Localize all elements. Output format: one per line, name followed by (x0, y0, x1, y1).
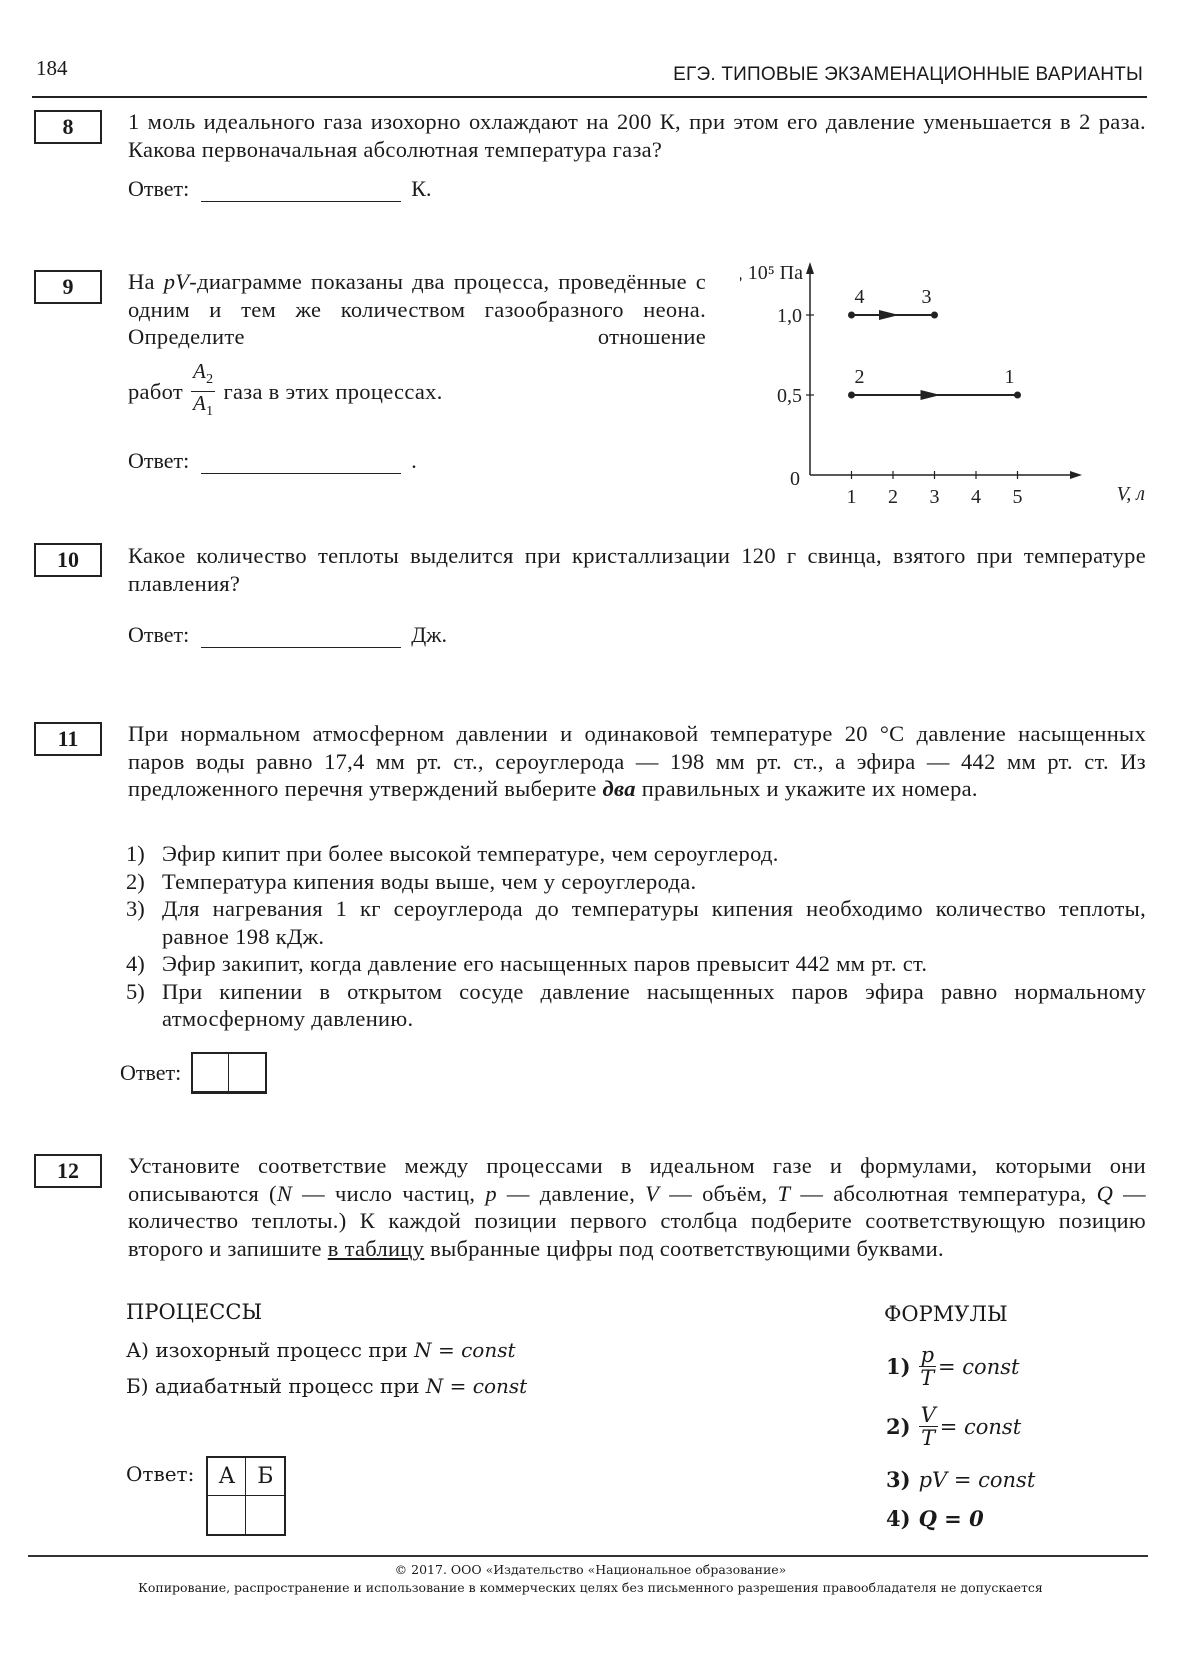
answer-label: Ответ: (128, 176, 189, 202)
symbol-T: T (778, 1181, 791, 1206)
task-10-answer-field[interactable] (201, 627, 401, 648)
option-number: 3) (126, 895, 162, 950)
y-axis-label: p, 10⁵ Па (740, 262, 803, 284)
text-fragment: — давление, (497, 1181, 645, 1206)
text-fragment: -диаграмме показаны два процесса, провед… (128, 269, 706, 349)
text-fragment: работ (128, 378, 183, 406)
option-number: 4) (126, 950, 162, 978)
task-9-answer-field[interactable] (201, 453, 401, 474)
text-fragment: — число частиц, (292, 1181, 485, 1206)
work-ratio-fraction: A2 A1 (191, 360, 215, 423)
frac-den: T (921, 1427, 935, 1449)
task-8-answer-field[interactable] (201, 181, 401, 202)
answer-label: Ответ: (128, 448, 189, 474)
x-axis-label: V, л (1117, 483, 1146, 505)
formulas-header: ФОРМУЛЫ (884, 1302, 1008, 1326)
answer-label: Ответ: (126, 1462, 194, 1486)
task-number-9: 9 (34, 270, 102, 304)
page-number: 184 (36, 56, 68, 81)
option-text: Для нагревания 1 кг сероуглерода до темп… (162, 895, 1146, 950)
state-label: 3 (922, 286, 932, 308)
x-tick-label: 3 (930, 486, 940, 508)
state-label: 2 (855, 366, 865, 388)
processes-header: ПРОЦЕССЫ (126, 1300, 262, 1324)
text-fragment: выбранные цифры под соответствующими бук… (424, 1236, 944, 1261)
footer-divider (28, 1555, 1148, 1557)
running-title: ЕГЭ. ТИПОВЫЕ ЭКЗАМЕНАЦИОННЫЕ ВАРИАНТЫ (673, 64, 1143, 86)
frac-num: p (919, 1344, 936, 1367)
option-text: Температура кипения воды выше, чем у сер… (162, 868, 1146, 896)
process-text: изохорный процесс при (155, 1338, 414, 1362)
task-number-label: 9 (63, 274, 74, 300)
task-number-label: 10 (57, 547, 79, 573)
formula-number: 4) (886, 1506, 911, 1531)
task-number-12: 12 (34, 1154, 102, 1188)
answer-cell-a[interactable] (208, 1496, 246, 1534)
pv-diagram: p, 10⁵ ПаV, л0123450,51,01234 (740, 260, 1181, 510)
formula-number: 1) (886, 1354, 911, 1379)
x-tick-label: 4 (971, 486, 981, 508)
direction-arrow-icon (921, 390, 941, 400)
formula-rhs: = const (940, 1415, 1021, 1439)
state-label: 4 (855, 286, 865, 308)
answer-cell-b[interactable] (246, 1496, 284, 1534)
option-number: 1) (126, 840, 162, 868)
state-point (848, 392, 855, 399)
task-number-11: 11 (34, 722, 102, 756)
state-point (1014, 392, 1021, 399)
x-axis-arrow-icon (1070, 471, 1082, 479)
footer-notice: Копирование, распространение и использов… (0, 1580, 1181, 1595)
symbol-N: N (277, 1181, 292, 1206)
frac-den-sub: 1 (206, 404, 213, 419)
symbol-p: p (485, 1181, 497, 1206)
process-a: А) изохорный процесс при N = const (126, 1338, 516, 1362)
answer-cell-1[interactable] (193, 1054, 229, 1092)
task-number-8: 8 (34, 110, 102, 144)
task-11-answer-grid (191, 1052, 267, 1094)
option-number: 2) (126, 868, 162, 896)
option-5: 5)При кипении в открытом сосуде давление… (126, 978, 1146, 1033)
formula-rhs: = const (938, 1355, 1019, 1379)
answer-header-b: Б (246, 1458, 284, 1496)
task-12-answer: Ответ: А Б (126, 1456, 286, 1536)
frac-num: V (919, 1404, 938, 1427)
task-number-label: 12 (57, 1158, 79, 1184)
text-fragment: — объём, (659, 1181, 777, 1206)
direction-arrow-icon (879, 310, 899, 320)
option-text: Эфир закипит, когда давление его насыщен… (162, 950, 1146, 978)
task-11-options: 1)Эфир кипит при более высокой температу… (126, 840, 1146, 1033)
task-11-text: При нормальном атмосферном давлении и од… (128, 720, 1146, 803)
task-number-label: 11 (58, 726, 79, 752)
x-tick-label: 1 (847, 486, 857, 508)
formula-expression: Q = 0 (919, 1506, 984, 1531)
option-1: 1)Эфир кипит при более высокой температу… (126, 840, 1146, 868)
task-9-text: На pV-диаграмме показаны два процесса, п… (128, 268, 706, 351)
y-tick-label: 1,0 (777, 305, 802, 327)
task-12-answer-grid: А Б (206, 1456, 286, 1536)
formula-fraction: VT (919, 1404, 938, 1449)
task-8-answer: Ответ: К. (128, 176, 431, 202)
answer-label: Ответ: (120, 1060, 181, 1086)
footer-copyright: © 2017. ООО «Издательство «Национальное … (0, 1562, 1181, 1577)
process-label: А) (126, 1338, 149, 1362)
task-12-text: Установите соответствие между процессами… (128, 1152, 1146, 1262)
answer-label: Ответ: (128, 622, 189, 648)
formula-4: 4) Q = 0 (886, 1506, 984, 1531)
task-11-answer: Ответ: (120, 1052, 267, 1094)
process-text: адиабатный процесс при (155, 1374, 426, 1398)
y-axis-arrow-icon (806, 262, 814, 274)
task-9-answer: Ответ: . (128, 448, 417, 474)
x-tick-label: 2 (888, 486, 898, 508)
process-condition: N = const (414, 1338, 515, 1362)
formula-number: 2) (886, 1414, 911, 1439)
formula-1: 1) pT = const (886, 1344, 1019, 1389)
table-reference: в таблицу (328, 1236, 425, 1261)
x-tick-label: 5 (1013, 486, 1023, 508)
frac-num-sub: 2 (206, 372, 213, 387)
process-b: Б) адиабатный процесс при N = const (126, 1374, 527, 1398)
formula-fraction: pT (919, 1344, 936, 1389)
symbol-Q: Q (1097, 1181, 1114, 1206)
formula-expression: pV = const (919, 1468, 1036, 1492)
answer-unit: Дж. (411, 622, 447, 648)
state-label: 1 (1005, 366, 1015, 388)
state-point (931, 312, 938, 319)
option-number: 5) (126, 978, 162, 1033)
answer-header-a: А (208, 1458, 246, 1496)
process-label: Б) (126, 1374, 149, 1398)
header-divider (32, 96, 1147, 98)
answer-cell-2[interactable] (229, 1054, 265, 1092)
task-number-label: 8 (63, 114, 74, 140)
formula-number: 3) (886, 1467, 911, 1492)
option-text: Эфир кипит при более высокой температуре… (162, 840, 1146, 868)
formula-2: 2) VT = const (886, 1404, 1021, 1449)
option-3: 3)Для нагревания 1 кг сероуглерода до те… (126, 895, 1146, 950)
symbol-pv: pV (164, 269, 190, 294)
text-fragment: — абсолютная температура, (790, 1181, 1096, 1206)
option-4: 4)Эфир закипит, когда давление его насыщ… (126, 950, 1146, 978)
frac-num: A (193, 359, 206, 383)
symbol-V: V (645, 1181, 659, 1206)
state-point (848, 312, 855, 319)
text-fragment: правильных и укажите их номера. (636, 776, 978, 801)
task-10-answer: Ответ: Дж. (128, 622, 447, 648)
task-10-text: Какое количество теплоты выделится при к… (128, 542, 1146, 597)
emphasis-two: два (603, 776, 636, 801)
frac-den: T (920, 1367, 934, 1389)
formula-3: 3) pV = const (886, 1467, 1035, 1492)
option-2: 2)Температура кипения воды выше, чем у с… (126, 868, 1146, 896)
text-fragment: газа в этих процессах. (223, 378, 442, 406)
option-text: При кипении в открытом сосуде давление н… (162, 978, 1146, 1033)
task-number-10: 10 (34, 543, 102, 577)
origin-label: 0 (790, 468, 800, 490)
answer-unit: К. (411, 176, 431, 202)
task-9-text-line4: работ A2 A1 газа в этих процессах. (128, 360, 443, 423)
text-fragment: На (128, 269, 164, 294)
process-condition: N = const (426, 1374, 527, 1398)
frac-den: A (193, 391, 206, 415)
task-8-text: 1 моль идеального газа изохорно охлаждаю… (128, 108, 1146, 163)
answer-unit: . (411, 448, 417, 474)
y-tick-label: 0,5 (777, 385, 802, 407)
